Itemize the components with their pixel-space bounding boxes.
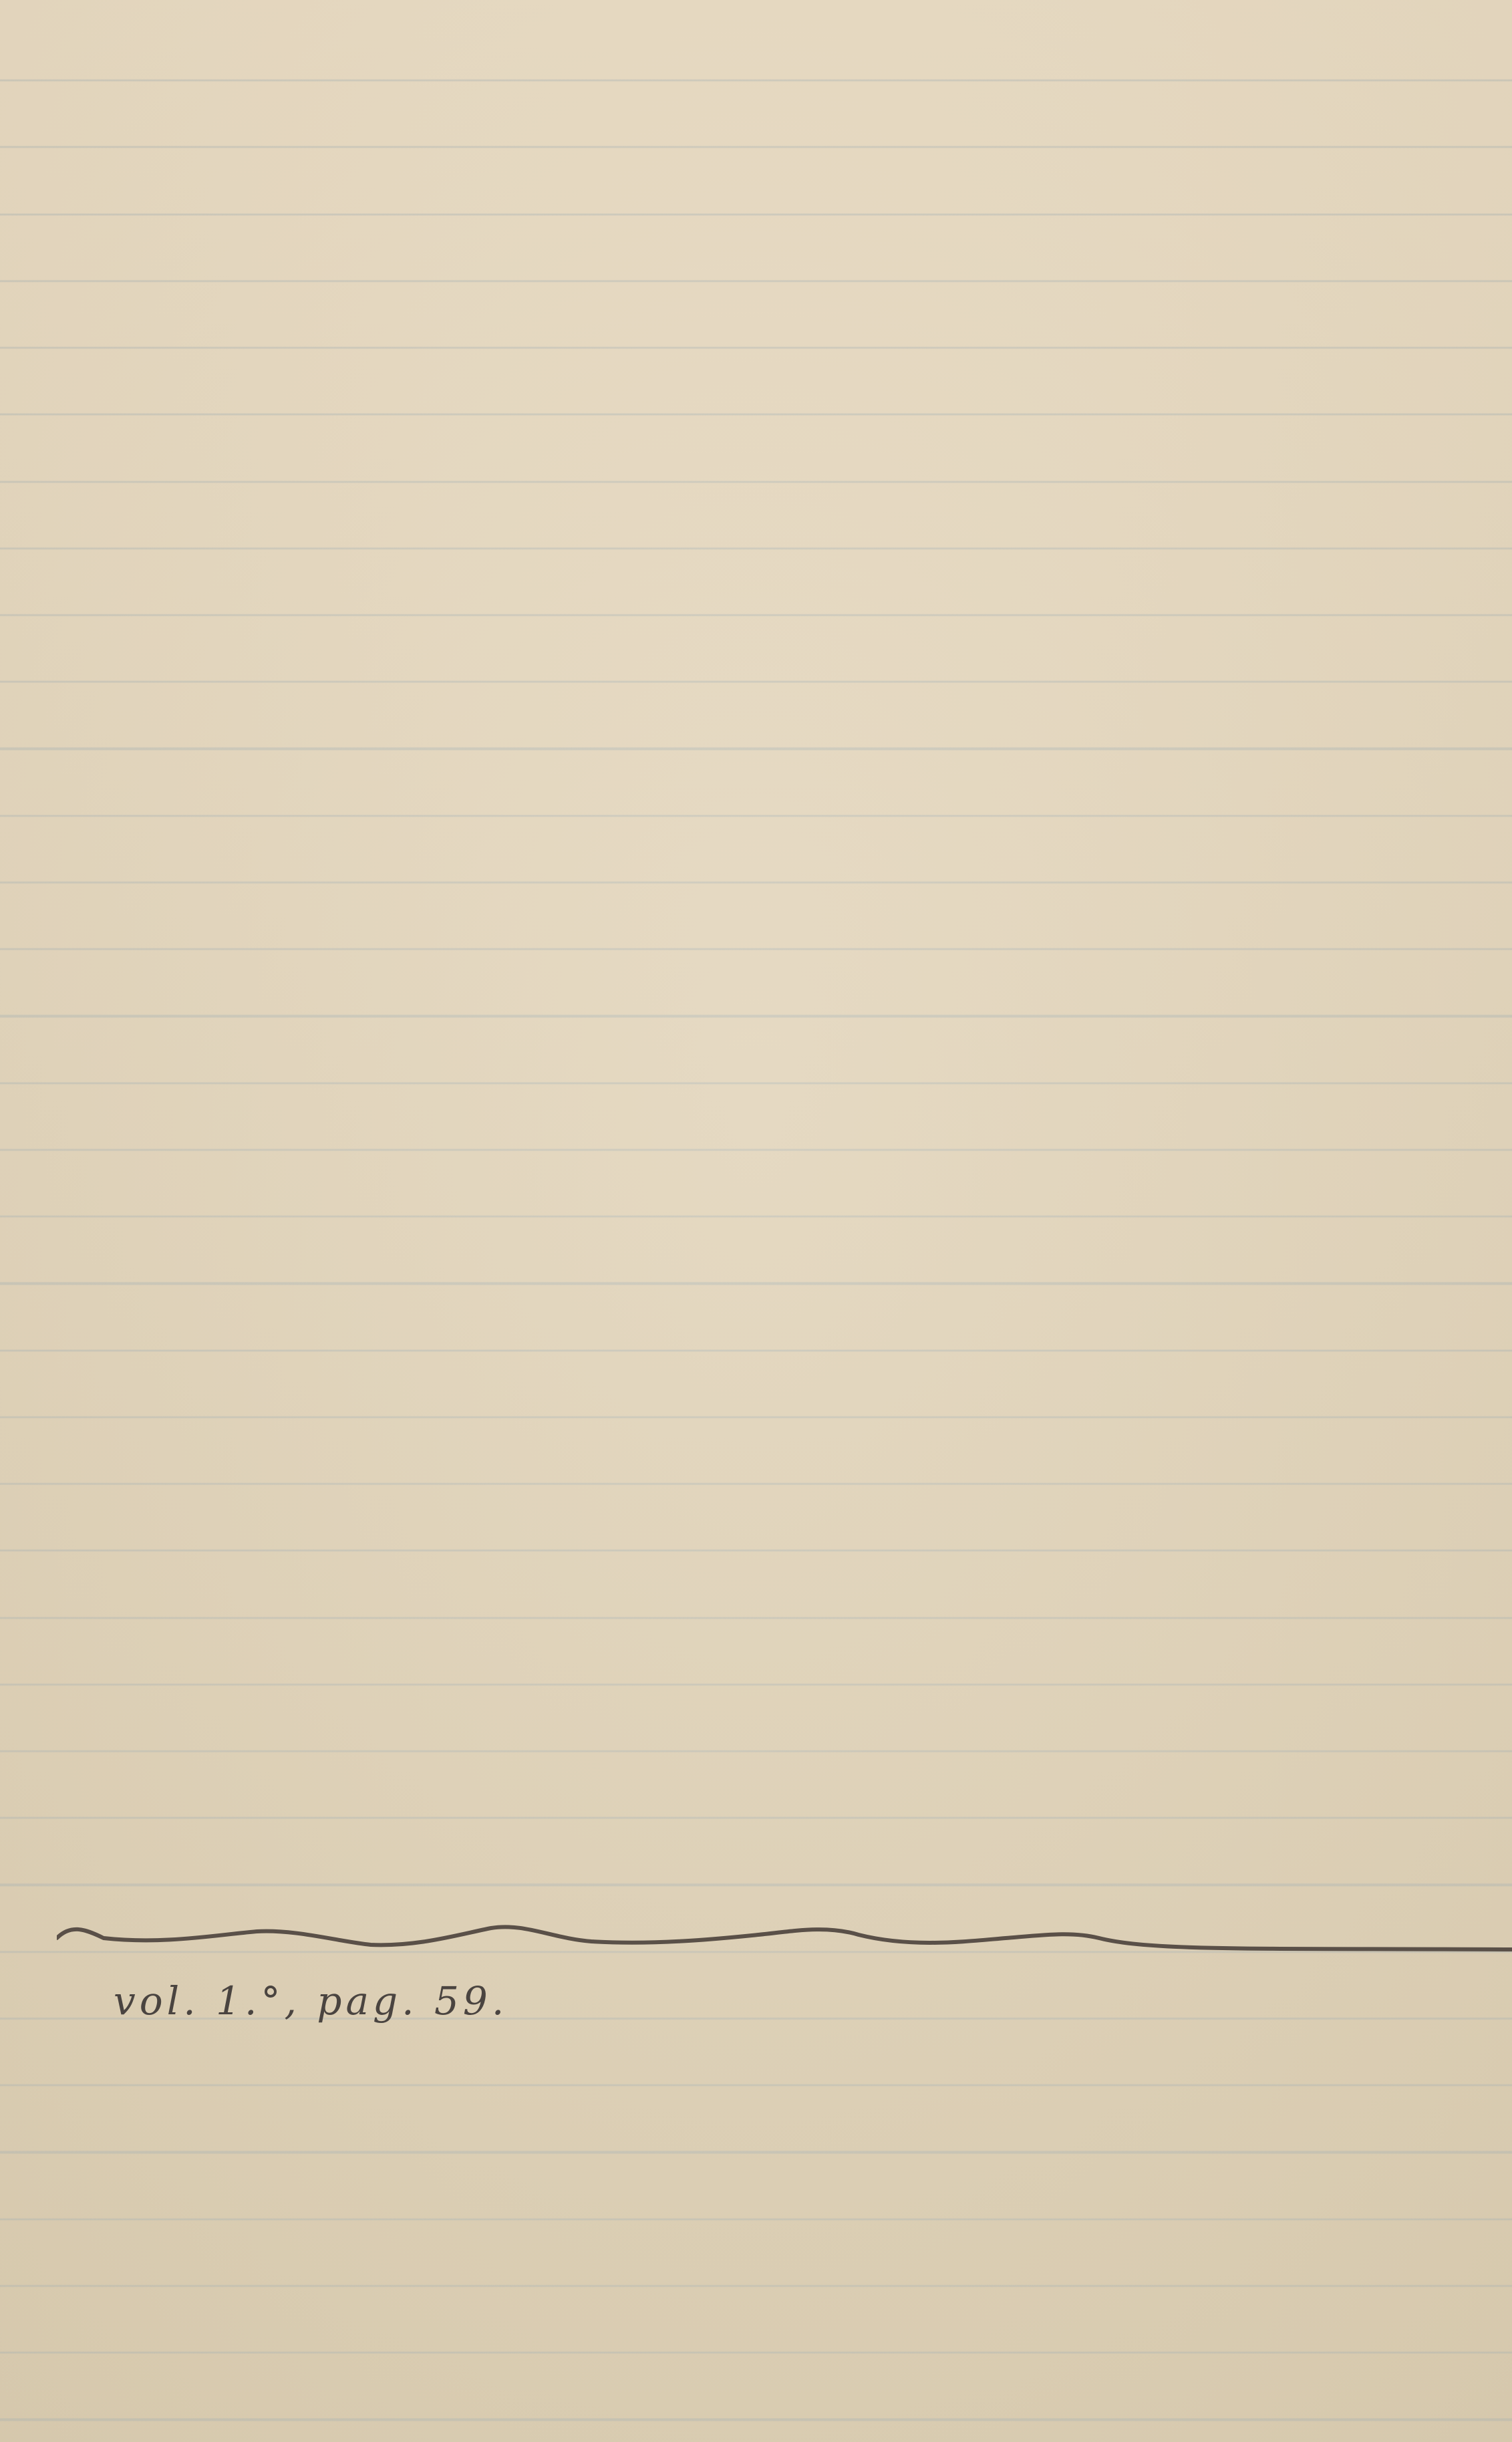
reference-note: vol. 1.°, pag. 59. [114,1978,508,2024]
notebook-page: vol. 1.°, pag. 59. [0,0,1512,2442]
wavy-ink-rule [57,1921,1512,1961]
paper-texture [0,0,1512,2442]
